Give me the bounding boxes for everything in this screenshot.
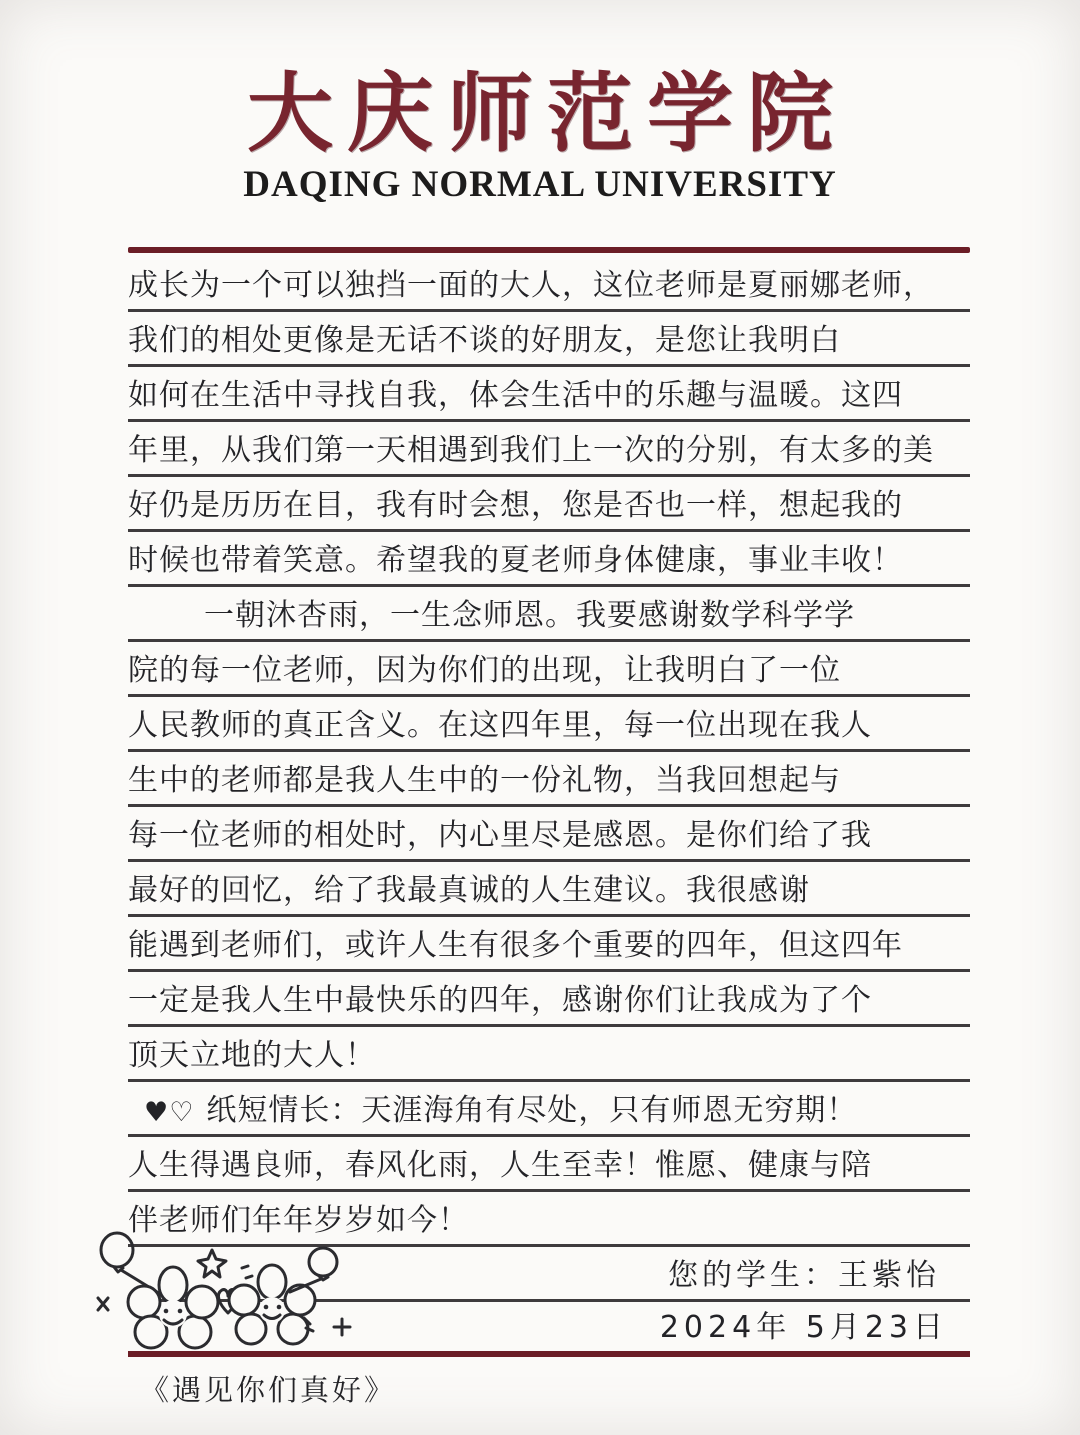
letter-line-text: 每一位老师的相处时，内心里尽是感恩。是你们给了我: [128, 816, 872, 856]
letter-line-text: 人生得遇良师，春风化雨，人生至幸！惟愿、健康与陪: [128, 1146, 872, 1186]
flower-doodle: [76, 1230, 386, 1380]
letter-line: 人生得遇良师，春风化雨，人生至幸！惟愿、健康与陪: [128, 1137, 970, 1192]
letter-line: 每一位老师的相处时，内心里尽是感恩。是你们给了我: [128, 807, 970, 862]
letter-line: 人民教师的真正含义。在这四年里，每一位出现在我人: [128, 697, 970, 752]
letter-scan-page: { "colors":{ "brand":"#78252f", "brand_d…: [0, 0, 1080, 1435]
letter-line: 最好的回忆，给了我最真诚的人生建议。我很感谢: [128, 862, 970, 917]
letter-line-text: 时候也带着笑意。希望我的夏老师身体健康，事业丰收！: [128, 541, 903, 581]
star-icon: [198, 1250, 226, 1277]
letter-line: 生中的老师都是我人生中的一份礼物，当我回想起与: [128, 752, 970, 807]
letter-line-text: 人民教师的真正含义。在这四年里，每一位出现在我人: [128, 706, 872, 746]
university-name-en: DAQING NORMAL UNIVERSITY: [0, 163, 1080, 206]
letter-line-text: 年里，从我们第一天相遇到我们上一次的分别，有太多的美: [128, 431, 934, 471]
letter-line: 我们的相处更像是无话不谈的好朋友，是您让我明白: [128, 312, 970, 367]
letter-line: 顶天立地的大人！: [128, 1027, 970, 1082]
university-name-cn: 大庆师范学院: [0, 44, 1080, 168]
letterhead-divider: [128, 247, 970, 253]
letter-line-text: 好仍是历历在目，我有时会想，您是否也一样，想起我的: [128, 486, 903, 526]
letter-body: 成长为一个可以独挡一面的大人，这位老师是夏丽娜老师， 我们的相处更像是无话不谈的…: [128, 257, 970, 1357]
letter-line: 年里，从我们第一天相遇到我们上一次的分别，有太多的美: [128, 422, 970, 477]
letter-line: 成长为一个可以独挡一面的大人，这位老师是夏丽娜老师，: [128, 257, 970, 312]
double-heart-icon: ♥♡: [144, 1095, 194, 1131]
letter-line-text: 纸短情长：天涯海角有尽处，只有师恩无穷期！: [206, 1091, 857, 1131]
letter-line-text: 一朝沐杏雨，一生念师恩。我要感谢数学科学学: [128, 596, 855, 636]
letter-line: 院的每一位老师，因为你们的出现，让我明白了一位: [128, 642, 970, 697]
letter-line-text: 顶天立地的大人！: [128, 1036, 376, 1076]
letter-line-text: 最好的回忆，给了我最真诚的人生建议。我很感谢: [128, 871, 810, 911]
date-text: 2024年 5月23日: [660, 1308, 948, 1348]
letter-line: 时候也带着笑意。希望我的夏老师身体健康，事业丰收！: [128, 532, 970, 587]
footer-caption: 《遇见你们真好》: [140, 1368, 396, 1409]
letter-line: 一朝沐杏雨，一生念师恩。我要感谢数学科学学: [128, 587, 970, 642]
flower-icon: [128, 1267, 218, 1348]
x-mark-icon: [98, 1298, 108, 1310]
letter-line: 好仍是历历在目，我有时会想，您是否也一样，想起我的: [128, 477, 970, 532]
letter-line-text: 一定是我人生中最快乐的四年，感谢你们让我成为了个: [128, 981, 872, 1021]
letter-line-text: 生中的老师都是我人生中的一份礼物，当我回想起与: [128, 761, 841, 801]
letter-line-text: 院的每一位老师，因为你们的出现，让我明白了一位: [128, 651, 841, 691]
letter-line-text: 能遇到老师们，或许人生有很多个重要的四年，但这四年: [128, 926, 903, 966]
signature-text: 您的学生：王紫怡: [668, 1256, 940, 1296]
letter-line: 能遇到老师们，或许人生有很多个重要的四年，但这四年: [128, 917, 970, 972]
letter-line: 一定是我人生中最快乐的四年，感谢你们让我成为了个: [128, 972, 970, 1027]
flower-icon: [229, 1265, 315, 1344]
letter-line: 如何在生活中寻找自我，体会生活中的乐趣与温暖。这四: [128, 367, 970, 422]
sparkle-icon: [242, 1266, 252, 1278]
letter-line-text: 成长为一个可以独挡一面的大人，这位老师是夏丽娜老师，: [128, 266, 934, 306]
letter-line-text: 如何在生活中寻找自我，体会生活中的乐趣与温暖。这四: [128, 376, 903, 416]
letter-line: ♥♡ 纸短情长：天涯海角有尽处，只有师恩无穷期！: [128, 1082, 970, 1137]
letter-line-text: 我们的相处更像是无话不谈的好朋友，是您让我明白: [128, 321, 841, 361]
plus-mark-icon: [334, 1319, 350, 1335]
